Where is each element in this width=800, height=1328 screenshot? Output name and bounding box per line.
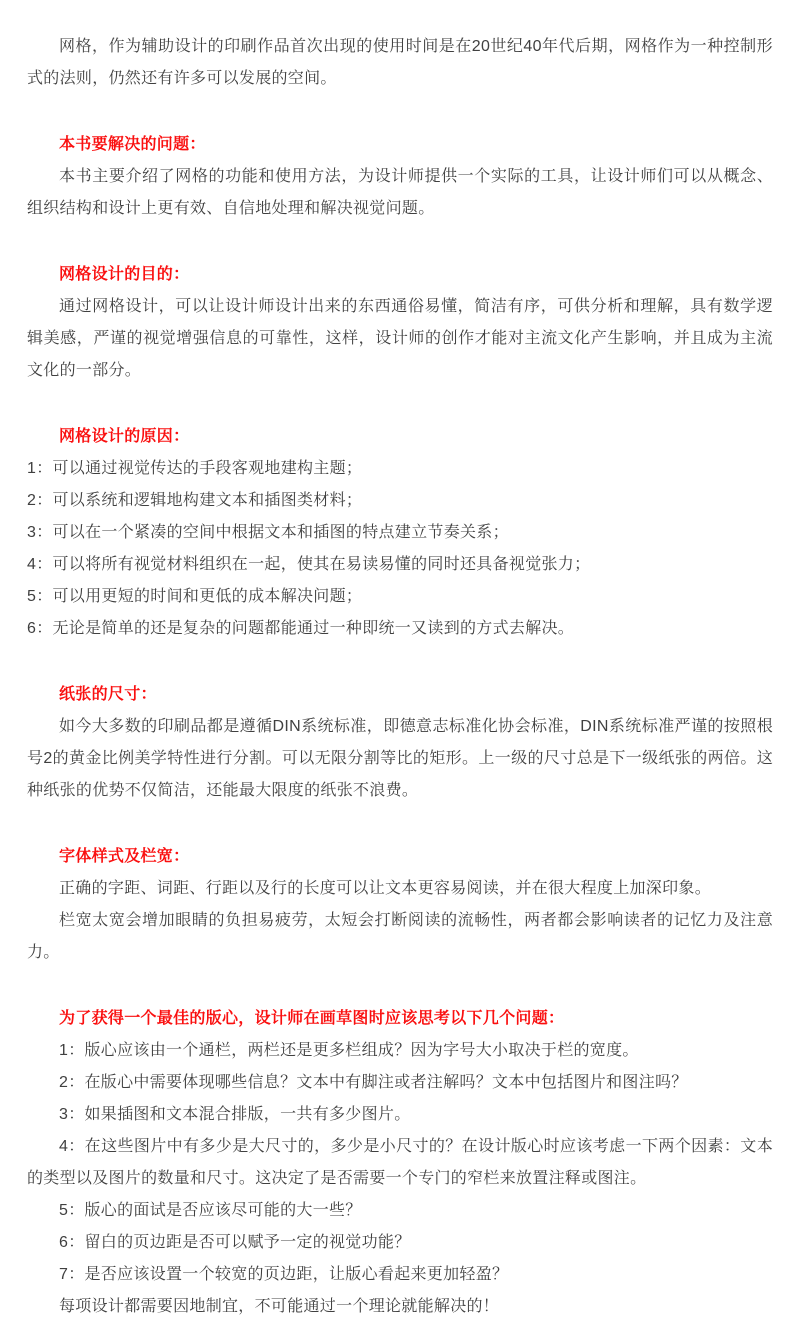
section-heading: 本书要解决的问题：	[27, 129, 773, 161]
list-item: 1：版心应该由一个通栏，两栏还是更多栏组成？因为字号大小取决于栏的宽度。	[27, 1035, 773, 1067]
list-item: 1：可以通过视觉传达的手段客观地建构主题；	[27, 453, 773, 485]
paragraph: 栏宽太宽会增加眼睛的负担易疲劳，太短会打断阅读的流畅性，两者都会影响读者的记忆力…	[27, 905, 773, 969]
list-item: 6：留白的页边距是否可以赋予一定的视觉功能？	[27, 1227, 773, 1259]
section-heading: 字体样式及栏宽：	[27, 841, 773, 873]
paragraph: 通过网格设计，可以让设计师设计出来的东西通俗易懂，简洁有序，可供分析和理解，具有…	[27, 291, 773, 387]
section-heading: 网格设计的目的：	[27, 259, 773, 291]
paragraph: 如今大多数的印刷品都是遵循DIN系统标准，即德意志标准化协会标准，DIN系统标准…	[27, 711, 773, 807]
grid-design-article: 网格，作为辅助设计的印刷作品首次出现的使用时间是在20世纪40年代后期，网格作为…	[0, 0, 800, 1328]
list-item: 7：是否应该设置一个较宽的页边距，让版心看起来更加轻盈？	[27, 1259, 773, 1291]
content-section: 网格设计的目的：通过网格设计，可以让设计师设计出来的东西通俗易懂，简洁有序，可供…	[27, 259, 773, 387]
content-section: 本书要解决的问题：本书主要介绍了网格的功能和使用方法，为设计师提供一个实际的工具…	[27, 129, 773, 225]
content-section: 为了获得一个最佳的版心，设计师在画草图时应该思考以下几个问题：1：版心应该由一个…	[27, 1003, 773, 1323]
paragraph: 正确的字距、词距、行距以及行的长度可以让文本更容易阅读，并在很大程度上加深印象。	[27, 873, 773, 905]
content-section: 网格设计的原因：1：可以通过视觉传达的手段客观地建构主题；2：可以系统和逻辑地构…	[27, 421, 773, 645]
content-section: 纸张的尺寸：如今大多数的印刷品都是遵循DIN系统标准，即德意志标准化协会标准，D…	[27, 679, 773, 807]
list-item: 4：可以将所有视觉材料组织在一起，使其在易读易懂的同时还具备视觉张力；	[27, 549, 773, 581]
list-item: 6：无论是简单的还是复杂的问题都能通过一种即统一又读到的方式去解决。	[27, 613, 773, 645]
list-item: 2：在版心中需要体现哪些信息？文本中有脚注或者注解吗？文本中包括图片和图注吗？	[27, 1067, 773, 1099]
section-heading: 为了获得一个最佳的版心，设计师在画草图时应该思考以下几个问题：	[27, 1003, 773, 1035]
list-item: 5：版心的面试是否应该尽可能的大一些？	[27, 1195, 773, 1227]
paragraph: 本书主要介绍了网格的功能和使用方法，为设计师提供一个实际的工具，让设计师们可以从…	[27, 161, 773, 225]
section-heading: 网格设计的原因：	[27, 421, 773, 453]
paragraph: 每项设计都需要因地制宜，不可能通过一个理论就能解决的！	[27, 1291, 773, 1323]
content-section: 字体样式及栏宽：正确的字距、词距、行距以及行的长度可以让文本更容易阅读，并在很大…	[27, 841, 773, 969]
list-item: 3：如果插图和文本混合排版，一共有多少图片。	[27, 1099, 773, 1131]
list-item: 2：可以系统和逻辑地构建文本和插图类材料；	[27, 485, 773, 517]
sections-container: 本书要解决的问题：本书主要介绍了网格的功能和使用方法，为设计师提供一个实际的工具…	[27, 129, 773, 1323]
list-item: 4：在这些图片中有多少是大尺寸的，多少是小尺寸的？在设计版心时应该考虑一下两个因…	[27, 1131, 773, 1195]
intro-paragraph: 网格，作为辅助设计的印刷作品首次出现的使用时间是在20世纪40年代后期，网格作为…	[27, 31, 773, 95]
list-item: 3：可以在一个紧凑的空间中根据文本和插图的特点建立节奏关系；	[27, 517, 773, 549]
section-heading: 纸张的尺寸：	[27, 679, 773, 711]
list-item: 5：可以用更短的时间和更低的成本解决问题；	[27, 581, 773, 613]
